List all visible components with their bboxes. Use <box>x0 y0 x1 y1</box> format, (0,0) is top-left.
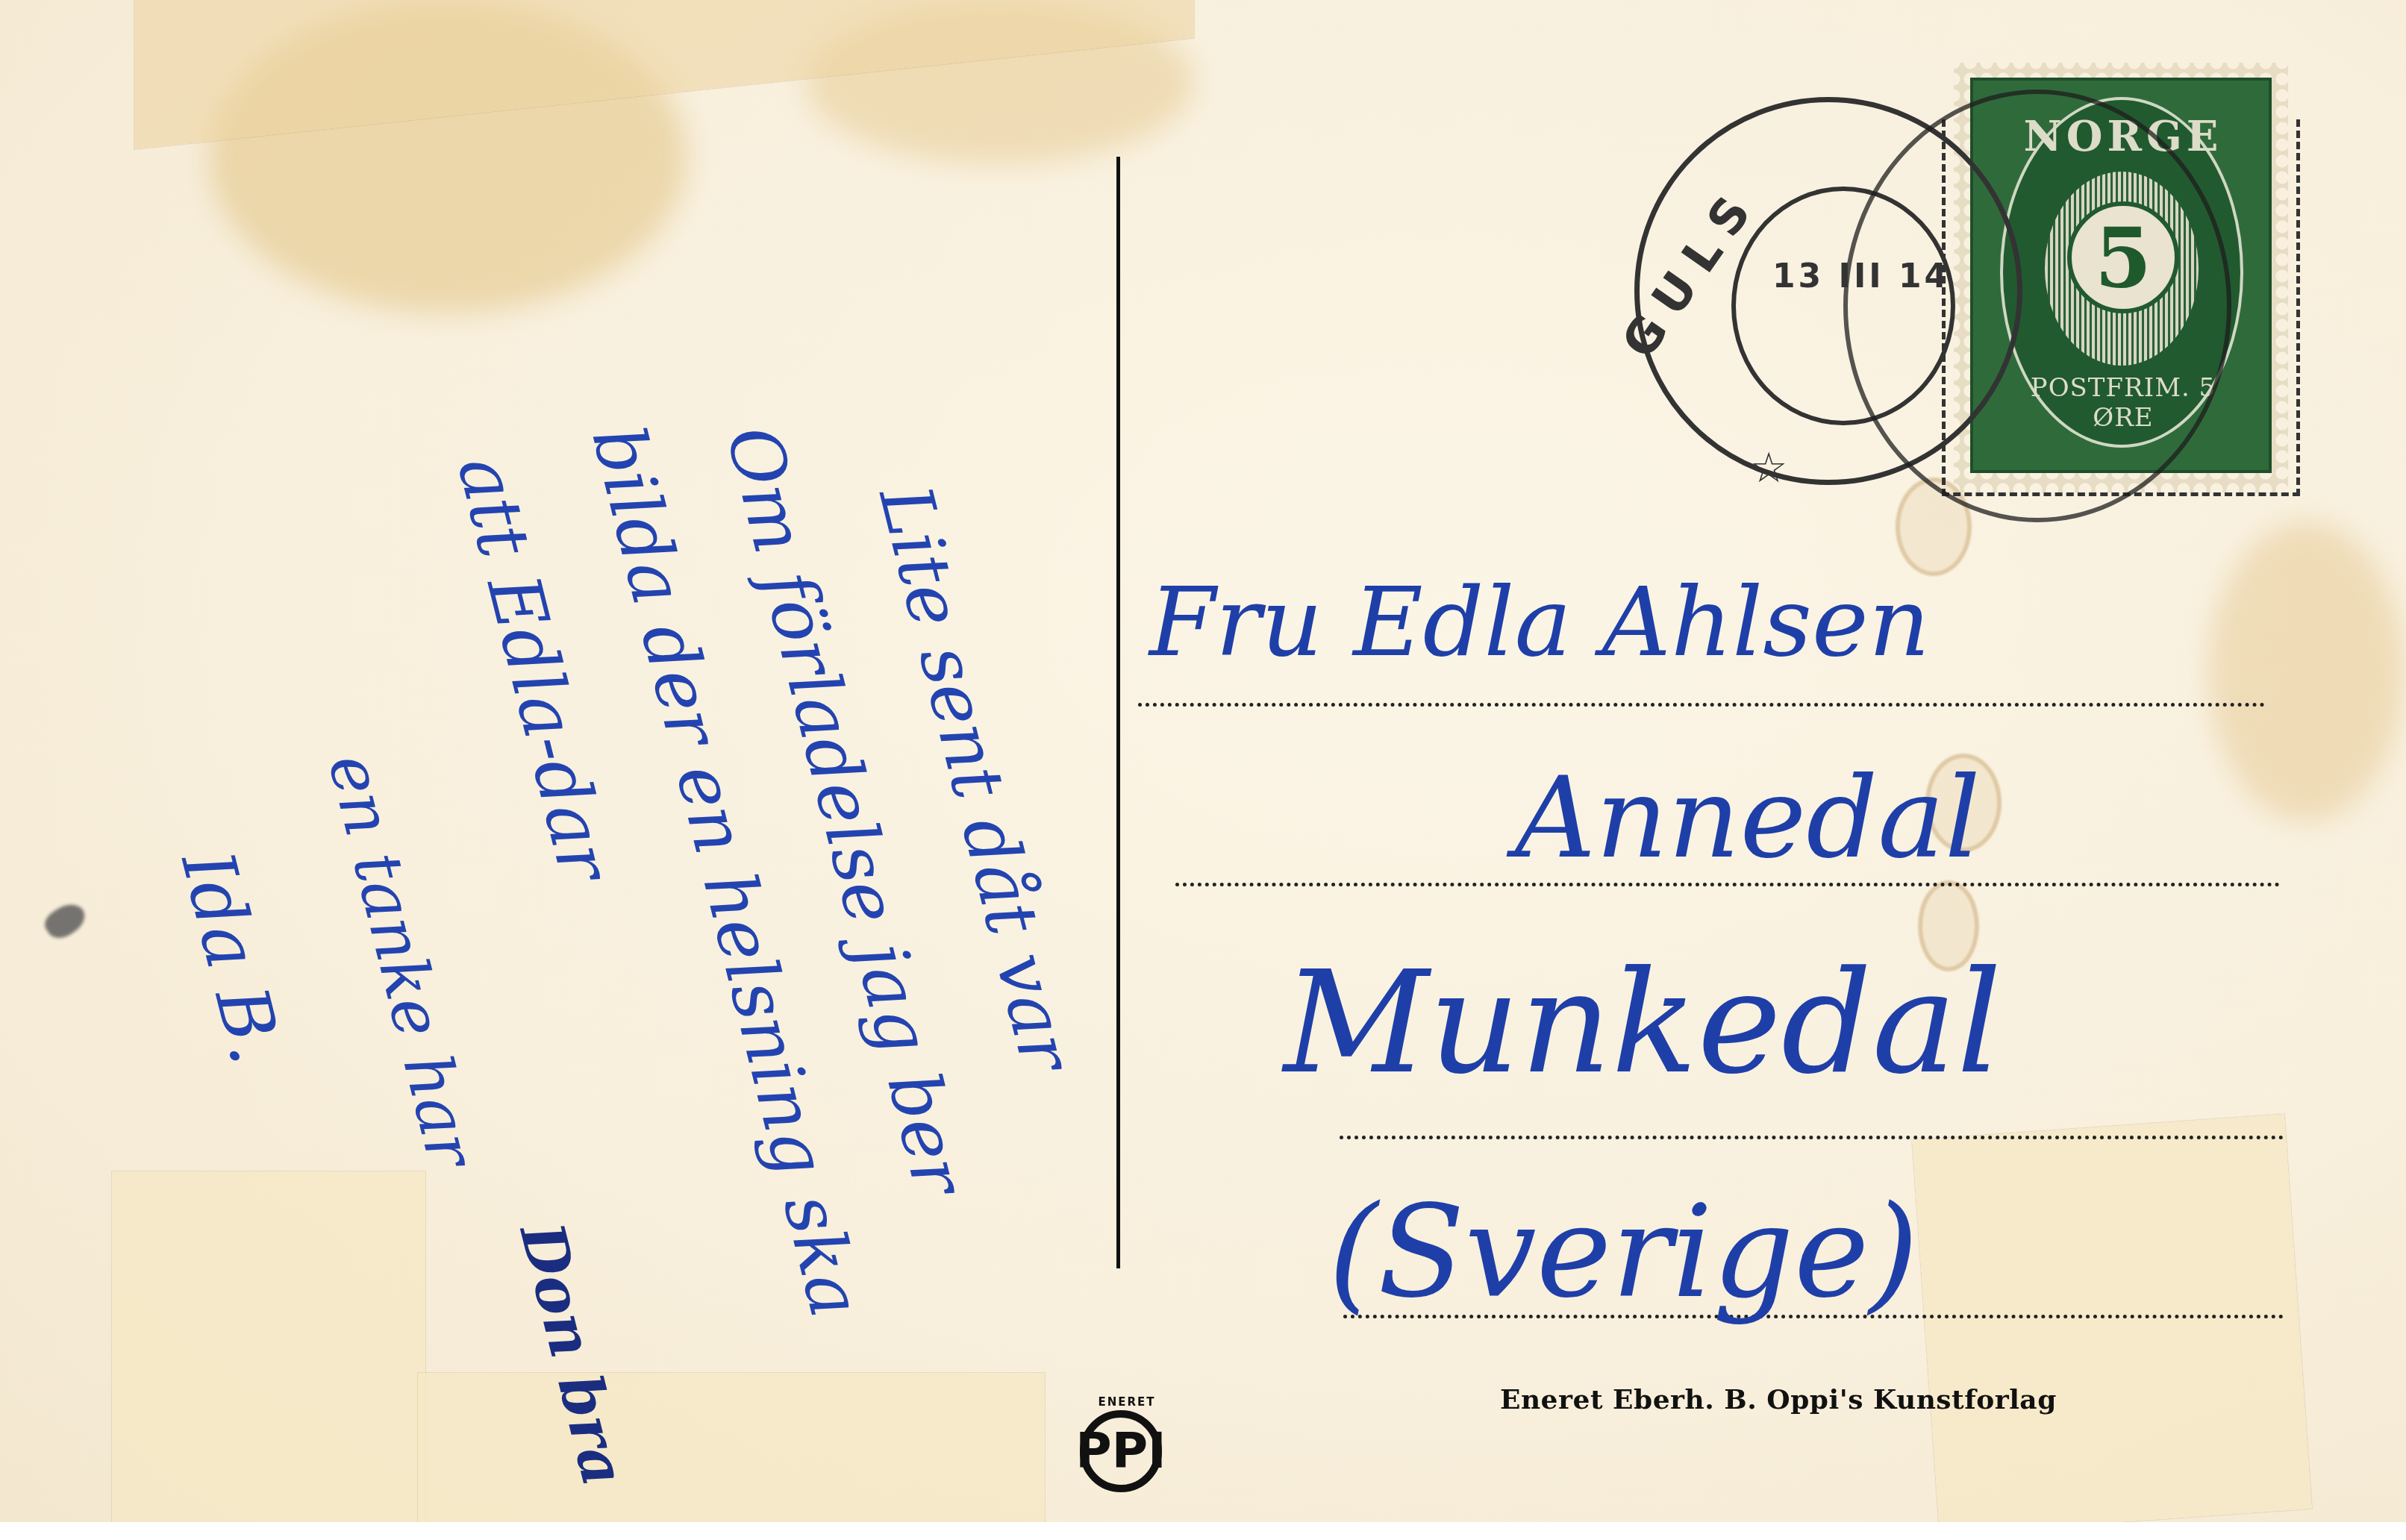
address-line <box>1138 703 2265 707</box>
water-stain <box>2209 522 2403 821</box>
publisher-logo: PPI <box>1080 1410 1162 1492</box>
publisher-imprint: Eneret Eberh. B. Oppi's Kunstforlag <box>1500 1384 2057 1415</box>
recipient-town: Munkedal <box>1284 940 2002 1105</box>
recipient-name: Fru Edla Ahlsen <box>1149 567 1930 678</box>
tape-residue <box>418 1373 1045 1522</box>
signature: Ida B. <box>165 843 298 1072</box>
star-icon: ☆ <box>1750 444 1787 492</box>
postmark-circle-overstrike <box>1843 90 2231 522</box>
recipient-locality: Annedal <box>1515 754 1981 883</box>
postmark-date: 13 III 14 <box>1772 257 1950 295</box>
scan-margin <box>0 1522 2406 1540</box>
center-divider <box>1116 157 1120 1268</box>
address-line <box>1340 1136 2284 1139</box>
message-line: en tanke har <box>313 746 490 1174</box>
recipient-country: (Sverige) <box>1328 1179 1919 1327</box>
publisher-logo-arc-text: ENERET <box>1086 1395 1168 1409</box>
ink-blot <box>40 898 90 945</box>
tape-residue <box>112 1171 425 1522</box>
postcard-back: NORGE 5 POSTFRIM. 5 ØRE GULS 13 III 14 ☆… <box>0 0 2406 1522</box>
